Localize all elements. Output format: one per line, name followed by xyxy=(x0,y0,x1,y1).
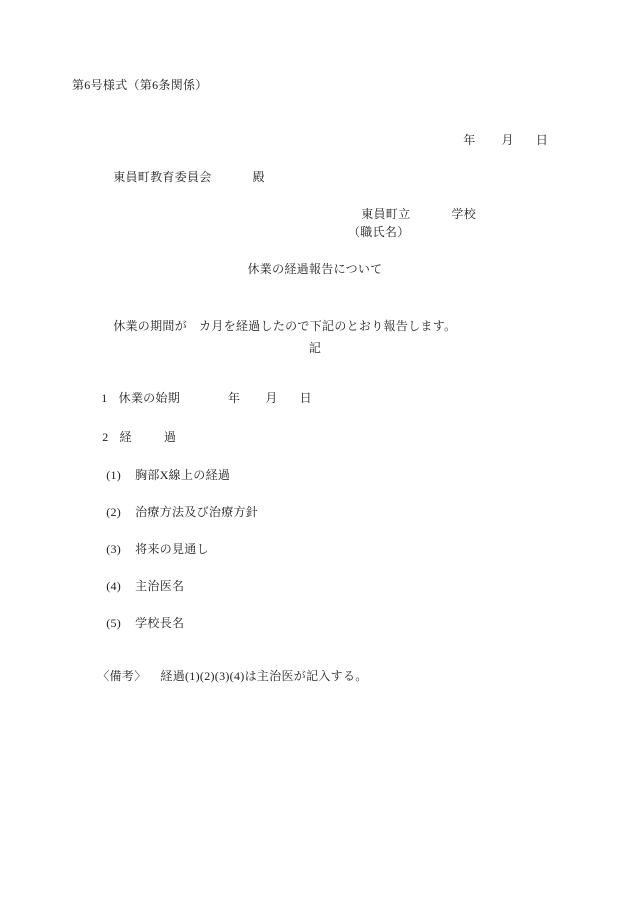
date-month-label: 月 xyxy=(502,133,514,147)
sender-school-suffix: 学校 xyxy=(451,207,476,221)
sub-item-2-number: (2) xyxy=(106,505,121,519)
sub-item-3-label: 将来の見通し xyxy=(135,542,209,556)
record-marker: 記 xyxy=(0,341,630,356)
sub-item-1-label: 胸部X線上の経過 xyxy=(135,468,230,482)
remarks-text: 経過(1)(2)(3)(4)は主治医が記入する。 xyxy=(160,669,367,683)
form-number: 第6号様式（第6条関係） xyxy=(72,78,208,93)
item-1-month-label: 月 xyxy=(265,391,277,405)
item-2-number-gap xyxy=(109,440,120,441)
document-title: 休業の経過報告について xyxy=(0,262,630,277)
item-1-blank-day xyxy=(278,401,300,402)
sub-item-2-label: 治療方法及び治療方針 xyxy=(135,505,258,519)
item-2-number: 2 xyxy=(102,430,108,444)
intro-blank-months xyxy=(187,329,199,330)
intro-after-blank: カ月を経過したので下記のとおり報告します。 xyxy=(199,319,456,333)
date-blank-month xyxy=(514,143,536,144)
item-1-number-gap xyxy=(108,401,119,402)
addressee-line: 東員町教育委員会殿 xyxy=(100,155,265,200)
date-day-label: 日 xyxy=(536,133,548,147)
document-page: 第6号様式（第6条関係） 年月日 東員町教育委員会殿 東員町立学校 （職氏名） … xyxy=(0,0,630,903)
sender-signer-label: （職氏名） xyxy=(348,225,410,240)
intro-before-blank: 休業の期間が xyxy=(113,319,187,333)
addressee-name: 東員町教育委員会 xyxy=(113,170,211,184)
sub-item-2-gap xyxy=(121,515,135,516)
item-1-blank-month xyxy=(240,401,265,402)
sub-item-1-number: (1) xyxy=(106,468,121,482)
sub-item-4-number: (4) xyxy=(106,579,121,593)
sender-school-prefix: 東員町立 xyxy=(361,207,410,221)
date-line: 年月日 xyxy=(450,118,548,163)
sub-item-3-gap xyxy=(121,552,135,553)
sub-item-1-gap xyxy=(121,478,135,479)
item-2-label-gap xyxy=(132,440,164,441)
addressee-honorific: 殿 xyxy=(253,170,265,184)
sender-school-blank xyxy=(410,217,451,218)
remarks-line: 〈備考〉経過(1)(2)(3)(4)は主治医が記入する。 xyxy=(84,654,368,699)
sub-item-5-number: (5) xyxy=(106,616,121,630)
date-blank-year xyxy=(476,143,502,144)
sub-item-4-gap xyxy=(121,589,135,590)
sub-item-3-number: (3) xyxy=(106,542,121,556)
sub-item-5-line: (5)学校長名 xyxy=(93,601,184,646)
item-1-number: 1 xyxy=(101,391,107,405)
date-year-label: 年 xyxy=(463,133,475,147)
remarks-gap xyxy=(146,679,160,680)
item-1-year-label: 年 xyxy=(228,391,240,405)
item-2-label-first: 経 xyxy=(120,430,132,444)
item-2-label-second: 過 xyxy=(164,430,176,444)
item-1-blank-year xyxy=(180,401,228,402)
remarks-label: 〈備考〉 xyxy=(97,669,146,683)
item-1-day-label: 日 xyxy=(300,391,312,405)
sub-item-4-label: 主治医名 xyxy=(135,579,184,593)
sub-item-5-label: 学校長名 xyxy=(135,616,184,630)
addressee-blank xyxy=(212,180,253,181)
sub-item-5-gap xyxy=(121,626,135,627)
item-1-label: 休業の始期 xyxy=(119,391,181,405)
